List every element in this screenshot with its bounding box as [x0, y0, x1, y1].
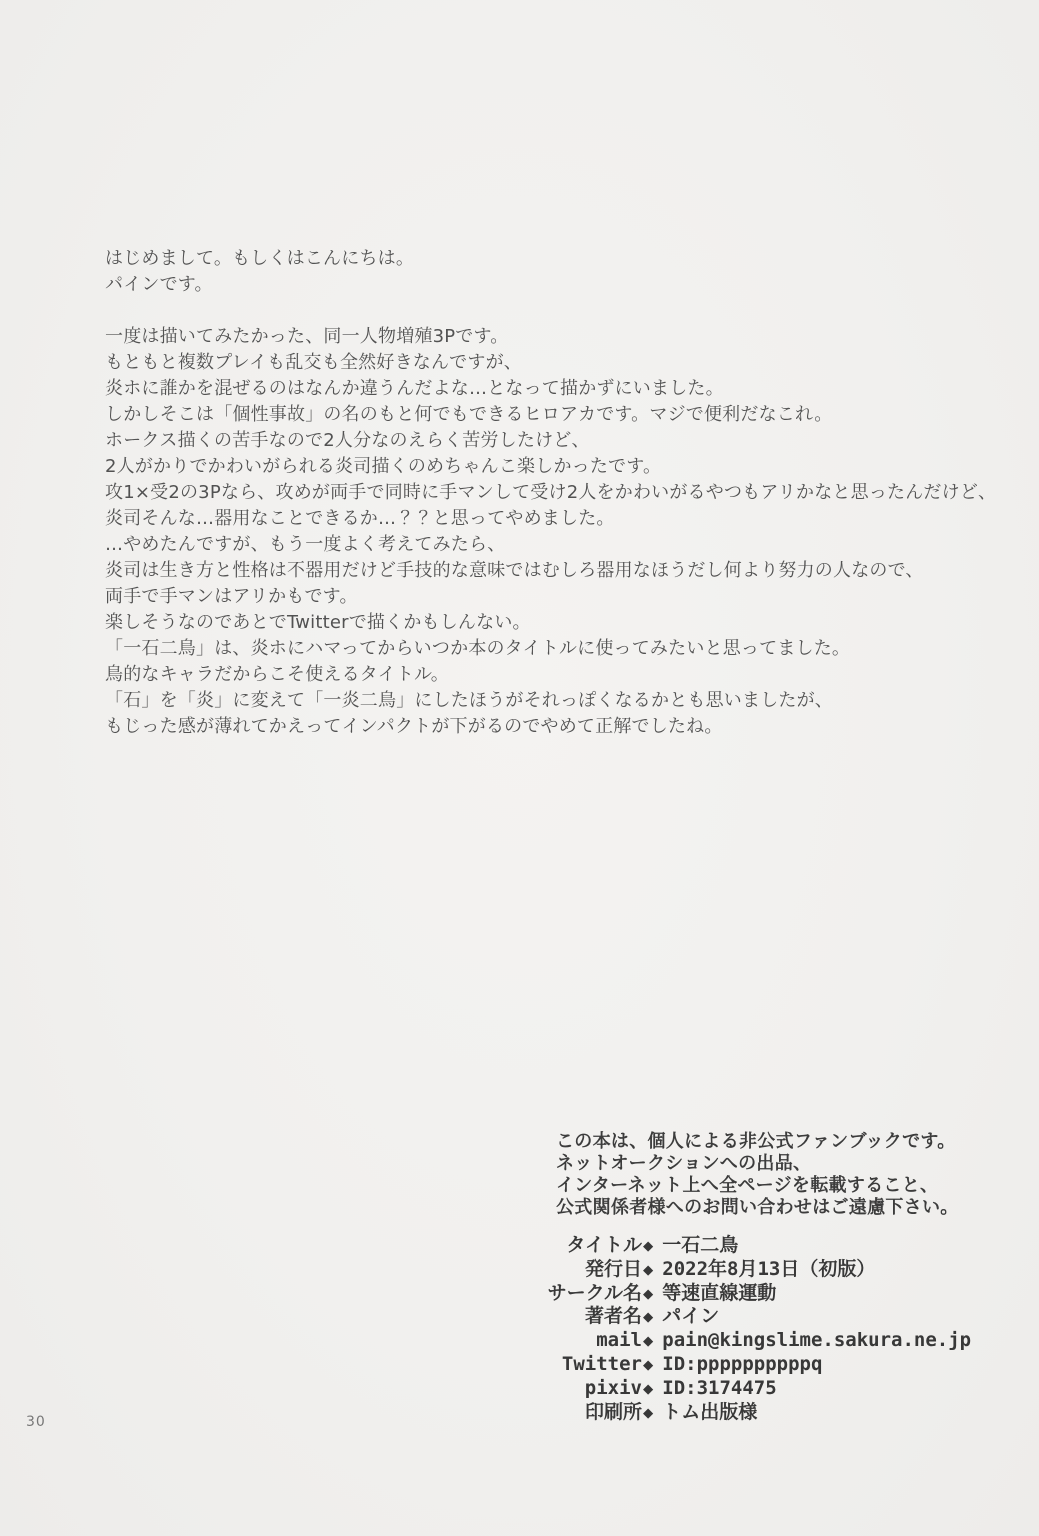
text-line: しかしそこは「個性事故」の名のもと何でもできるヒロアカです。マジで便利だなこれ。 [105, 402, 955, 428]
colophon-label: 印刷所 [390, 1401, 642, 1424]
diamond-icon: ◆ [643, 1283, 653, 1306]
text-line: 炎ホに誰かを混ぜるのはなんか違うんだよな…となって描かずにいました。 [105, 376, 955, 402]
diamond-icon: ◆ [643, 1235, 653, 1258]
colophon-row: サークル名 ◆ 等速直線運動 [390, 1282, 971, 1306]
disclaimer-line: この本は、個人による非公式ファンブックです。 [556, 1131, 959, 1153]
text-line: 「一石二鳥」は、炎ホにハマってからいつか本のタイトルに使ってみたいと思ってました… [105, 636, 955, 662]
colophon-row: mail ◆ pain@kingslime.sakura.ne.jp [390, 1329, 971, 1353]
colophon-value: ID:ppppppppppq [662, 1353, 822, 1376]
colophon-value: ID:3174475 [662, 1377, 776, 1400]
colophon-label: タイトル [390, 1234, 642, 1257]
colophon-label: mail [390, 1329, 642, 1352]
colophon-label: pixiv [390, 1377, 642, 1400]
text-line: もじった感が薄れてかえってインパクトが下がるのでやめて正解でしたね。 [105, 714, 955, 740]
paragraph: 一度は描いてみたかった、同一人物増殖3Pです。もともと複数プレイも乱交も全然好き… [105, 324, 955, 480]
page-number: 30 [26, 1414, 46, 1430]
disclaimer-line: ネットオークションへの出品、 [556, 1153, 959, 1175]
colophon-value: 等速直線運動 [662, 1282, 776, 1305]
colophon-label: Twitter [390, 1353, 642, 1376]
colophon-value: pain@kingslime.sakura.ne.jp [662, 1329, 971, 1352]
text-line: 炎司そんな…器用なことできるか…？？と思ってやめました。 [105, 506, 955, 532]
paragraph: 「一石二鳥」は、炎ホにハマってからいつか本のタイトルに使ってみたいと思ってました… [105, 636, 955, 740]
text-line: もともと複数プレイも乱交も全然好きなんですが、 [105, 350, 955, 376]
paragraph: 攻1×受2の3Pなら、攻めが両手で同時に手マンして受け2人をかわいがるやつもアリ… [105, 480, 955, 636]
text-line: 一度は描いてみたかった、同一人物増殖3Pです。 [105, 324, 955, 350]
diamond-icon: ◆ [643, 1330, 653, 1353]
text-line: 2人がかりでかわいがられる炎司描くのめちゃんこ楽しかったです。 [105, 454, 955, 480]
text-line: はじめまして。もしくはこんにちは。 [105, 246, 955, 272]
text-line: 両手で手マンはアリかもです。 [105, 584, 955, 610]
diamond-icon: ◆ [643, 1306, 653, 1329]
colophon-value: 2022年8月13日（初版） [662, 1258, 875, 1281]
text-line: 「石」を「炎」に変えて「一炎二鳥」にしたほうがそれっぽくなるかとも思いましたが、 [105, 688, 955, 714]
colophon-row: Twitter ◆ ID:ppppppppppq [390, 1353, 971, 1377]
colophon-value: トム出版様 [662, 1401, 757, 1424]
text-line: 炎司は生き方と性格は不器用だけど手技的な意味ではむしろ器用なほうだし何より努力の… [105, 558, 955, 584]
disclaimer: この本は、個人による非公式ファンブックです。ネットオークションへの出品、インター… [556, 1131, 959, 1219]
colophon-label: 発行日 [390, 1258, 642, 1281]
diamond-icon: ◆ [643, 1259, 653, 1282]
text-line: …やめたんですが、もう一度よく考えてみたら、 [105, 532, 955, 558]
colophon-row: pixiv ◆ ID:3174475 [390, 1377, 971, 1401]
paragraph: はじめまして。もしくはこんにちは。パインです。 [105, 246, 955, 298]
diamond-icon: ◆ [643, 1354, 653, 1377]
disclaimer-line: 公式関係者様へのお問い合わせはご遠慮下さい。 [556, 1197, 959, 1219]
colophon: タイトル ◆ 一石二鳥 発行日 ◆ 2022年8月13日（初版） サークル名 ◆… [390, 1234, 971, 1424]
disclaimer-line: インターネット上へ全ページを転載すること、 [556, 1175, 959, 1197]
afterword-text: はじめまして。もしくはこんにちは。パインです。一度は描いてみたかった、同一人物増… [105, 246, 955, 740]
colophon-value: 一石二鳥 [662, 1234, 738, 1257]
colophon-label: サークル名 [390, 1282, 642, 1305]
text-line: ホークス描くの苦手なので2人分なのえらく苦労したけど、 [105, 428, 955, 454]
text-line: 攻1×受2の3Pなら、攻めが両手で同時に手マンして受け2人をかわいがるやつもアリ… [105, 480, 955, 506]
colophon-row: タイトル ◆ 一石二鳥 [390, 1234, 971, 1258]
colophon-row: 発行日 ◆ 2022年8月13日（初版） [390, 1258, 971, 1282]
text-line: 楽しそうなのであとでTwitterで描くかもしんない。 [105, 610, 955, 636]
text-line: 鳥的なキャラだからこそ使えるタイトル。 [105, 662, 955, 688]
colophon-row: 印刷所 ◆ トム出版様 [390, 1401, 971, 1425]
scanned-page: はじめまして。もしくはこんにちは。パインです。一度は描いてみたかった、同一人物増… [0, 0, 1039, 1536]
text-line: パインです。 [105, 272, 955, 298]
colophon-row: 著者名 ◆ パイン [390, 1305, 971, 1329]
diamond-icon: ◆ [643, 1402, 653, 1425]
colophon-label: 著者名 [390, 1305, 642, 1328]
colophon-value: パイン [662, 1305, 719, 1328]
diamond-icon: ◆ [643, 1378, 653, 1401]
